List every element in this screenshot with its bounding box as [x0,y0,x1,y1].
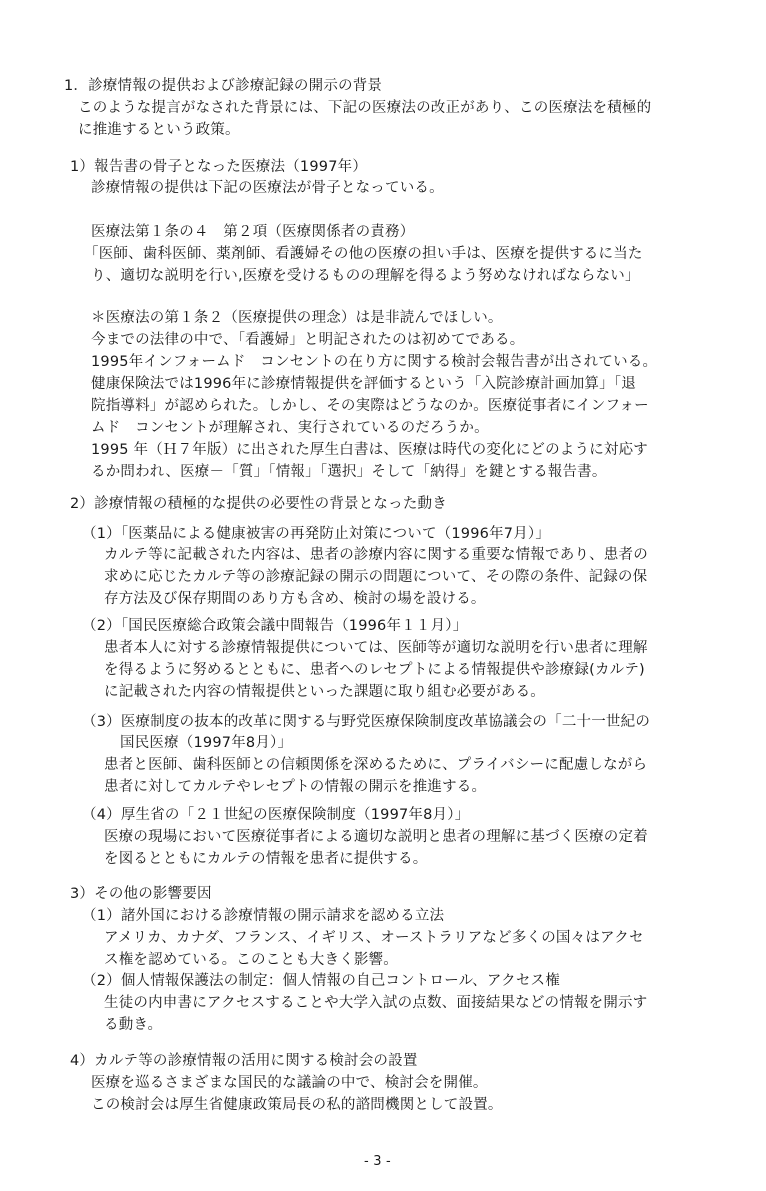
section-title: 1．診療情報の提供および診療記録の開示の背景 [64,76,382,96]
subsection-body: 医療を巡るさまざまな国民的な議論の中で、検討会を開催。 [91,1073,488,1093]
subsection-heading-3: 3）その他の影響要因 [70,884,212,904]
subsection-heading-1: 1）報告書の骨子となった医療法（1997年） [70,157,367,177]
note-line: 1995 年（Ｈ７年版）に出された厚生白書は、医療は時代の変化にどのように対応す [91,440,648,460]
item-title: （3）医療制度の抜本的改革に関する与野党医療保険制度改革協議会の「二十一世紀の [82,712,650,732]
item-body: に記載された内容の情報提供といった課題に取り組む必要がある。 [104,682,545,702]
item-body: る動き。 [104,1015,162,1035]
note-line: 健康保険法では1996年に診療情報提供を評価するという「入院診療計画加算」「退 [91,374,636,394]
item-title: （2）「国民医療総合政策会議中間報告（1996年１１月）」 [82,616,467,636]
item-body: 患者に対してカルテやレセプトの情報の開示を推進する。 [104,777,486,797]
article-heading: 医療法第１条の４ 第２項（医療関係者の責務） [91,222,414,242]
page-number: - 3 - [364,1152,391,1172]
note-line: ＊医療法の第１条２（医療提供の理念）は是非読んでほしい。 [91,308,503,328]
subsection-body: この検討会は厚生省健康政策局長の私的諮問機関として設置。 [91,1095,503,1115]
item-title: （4）厚生省の「２１世紀の医療保険制度（1997年8月）」 [82,805,469,825]
item-body: を得るように努めるとともに、患者へのレセプトによる情報提供や診療録(カルテ) [104,660,645,680]
item-body: カルテ等に記載された内容は、患者の診療内容に関する重要な情報であり、患者の [104,545,648,565]
subsection-body: 診療情報の提供は下記の医療法が骨子となっている。 [91,178,444,198]
note-line: 院指導料」が認められた。しかし、その実際はどうなのか。医療従事者にインフォー [91,396,649,416]
note-line: 今までの法律の中で、「看護婦」と明記されたのは初めてである。 [91,330,524,350]
item-body: 患者本人に対する診療情報提供については、医師等が適切な説明を行い患者に理解 [104,638,648,658]
note-line: 1995年インフォームド コンセントの在り方に関する検討会報告書が出されている。 [91,352,657,372]
item-body: 求めに応じたカルテ等の診療記録の開示の問題について、その際の条件、記録の保 [104,567,647,587]
subsection-heading-2: 2）診療情報の積極的な提供の必要性の背景となった動き [70,494,447,514]
item-body: を図るとともにカルテの情報を患者に提供する。 [104,849,427,869]
item-body: 生徒の内申書にアクセスすることや大学入試の点数、面接結果などの情報を開示す [104,993,647,1013]
item-body: アメリカ、カナダ、フランス、イギリス、オーストラリアなど多くの国々はアクセ [104,928,644,948]
item-title: （1）「医薬品による健康被害の再発防止対策について（1996年7月）」 [82,524,550,544]
note-line: ムド コンセントが理解され、実行されているのだろうか。 [91,418,489,438]
item-body: ス権を認めている。このことも大きく影響。 [104,950,398,970]
intro-line: このような提言がなされた背景には、下記の医療法の改正があり、この医療法を積極的 [78,98,651,118]
document-page: 1．診療情報の提供および診療記録の開示の背景 このような提言がなされた背景には、… [0,0,766,1191]
item-title: （1）諸外国における診療情報の開示請求を認める立法 [82,906,444,926]
item-body: 医療の現場において医療従事者による適切な説明と患者の理解に基づく医療の定着 [104,827,648,847]
intro-line: に推進するという政策。 [78,120,240,140]
article-quote-line: 「医師、歯科医師、薬剤師、看護婦その他の医療の担い手は、医療を提供するに当た [84,244,643,264]
item-body: 患者と医師、歯科医師との信頼関係を深めるために、プライバシーに配慮しながら [104,755,647,775]
subsection-heading-4: 4）カルテ等の診療情報の活用に関する検討会の設置 [70,1051,418,1071]
item-title: 国民医療（1997年8月）」 [120,733,292,753]
note-line: るか問われ、医療－「質」「情報」「選択」そして「納得」を鍵とする報告書。 [91,462,607,482]
item-body: 存方法及び保存期間のあり方も含め、検討の場を設ける。 [104,589,486,609]
item-title: （2）個人情報保護法の制定：個人情報の自己コントロール、アクセス権 [82,971,560,991]
article-quote-line: り、適切な説明を行い,医療を受けるものの理解を得るよう努めなければならない」 [91,266,640,286]
